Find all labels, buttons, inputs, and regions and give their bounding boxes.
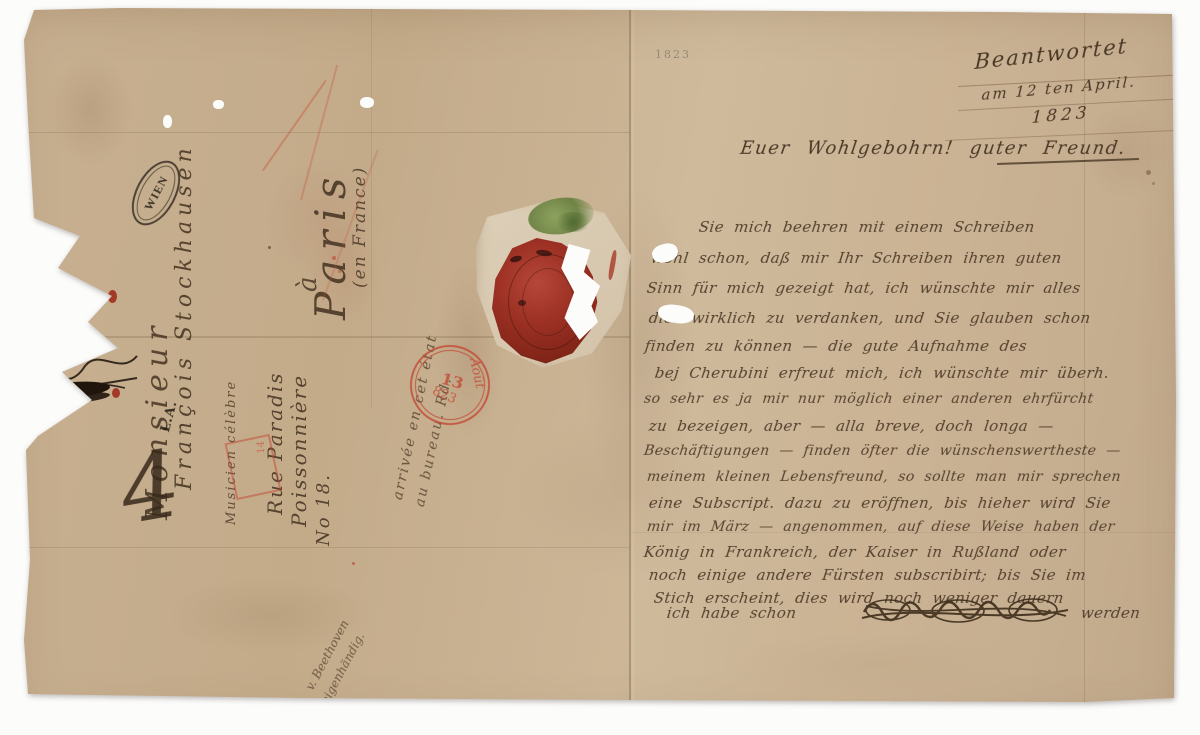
- wax-seal-ring: [508, 254, 588, 350]
- salutation-underline: [997, 158, 1139, 165]
- letter-line: zu bezeigen, aber — alla breve, doch lon…: [648, 417, 1055, 435]
- letter-line: dies wirklich zu verdanken, und Sie glau…: [648, 309, 1092, 327]
- postal-annotation-line1: arrivée en cet état: [390, 333, 441, 502]
- wien-stamp-inner-ring: WIEN: [129, 159, 184, 226]
- letter-last-line-start: ich habe schon: [666, 604, 798, 622]
- wax-seal-speck: [518, 300, 526, 306]
- address-city: Paris: [306, 169, 355, 320]
- stain: [1060, 80, 1190, 220]
- paper-shadow-wrap: Monsieur François Stockhausen Musicien c…: [0, 0, 1200, 735]
- transit-stamp: 14: [224, 434, 281, 500]
- wien-stamp: WIEN: [122, 153, 190, 234]
- address-country: (en France): [350, 166, 370, 288]
- red-crayon-stroke: [262, 80, 327, 171]
- letter-line: mir im März — angenommen, auf diese Weis…: [646, 519, 1116, 535]
- letter-line: finden zu können — die gute Aufnahme des: [644, 337, 1028, 355]
- wax-seal: [492, 238, 604, 366]
- horizontal-fold: [22, 336, 630, 338]
- salutation: Euer Wohlgebohrn! guter Freund.: [739, 138, 1127, 159]
- ink-blot: [38, 380, 111, 400]
- red-crayon-stroke: [322, 150, 379, 301]
- ink-blot: [58, 390, 111, 404]
- letter-line: noch einige andere Fürsten subscribirt; …: [648, 566, 1087, 584]
- transit-stamp-label: 14: [256, 441, 267, 454]
- foxing-speck: [760, 600, 763, 603]
- arrival-postmark: Août 13 823: [401, 336, 500, 435]
- seal-green-residue: [556, 212, 590, 232]
- center-fold: [629, 8, 631, 702]
- letter-line: König in Frankreich, der Kaiser in Rußla…: [643, 543, 1067, 561]
- seal-torn-hole: [558, 244, 612, 344]
- stain: [420, 220, 520, 480]
- la-stamp: L.A.: [158, 399, 181, 434]
- letter-line: Sie mich beehren mit einem Schreiben: [698, 218, 1036, 236]
- letter-scan: Monsieur François Stockhausen Musicien c…: [0, 0, 1200, 735]
- foxing-speck: [1152, 182, 1155, 185]
- edge-nick: [360, 97, 374, 108]
- arrival-postmark-outer-ring: [401, 336, 500, 435]
- right-page-tone: [632, 8, 1176, 703]
- horizontal-fold: [22, 132, 630, 133]
- horizontal-fold: [22, 547, 630, 548]
- horizontal-fold: [632, 532, 1176, 533]
- stain: [470, 380, 770, 610]
- red-crayon-stroke: [300, 65, 338, 201]
- letter-line: bej Cherubini erfreut mich, ich wünschte…: [654, 364, 1111, 382]
- letter-line: Stich erscheint, dies wird noch weniger …: [653, 589, 1065, 607]
- letter-line: wohl schon, daß mir Ihr Schreiben ihren …: [650, 249, 1063, 267]
- address-street1: Rue Paradis: [263, 371, 287, 515]
- vertical-fold: [1084, 10, 1085, 702]
- stain: [560, 120, 720, 580]
- address-a: à: [293, 276, 323, 292]
- franking-mark: 4: [112, 430, 188, 546]
- docket-rule: [958, 74, 1183, 87]
- vertical-fold: [371, 8, 372, 408]
- wax-remnant: [108, 290, 117, 303]
- red-speck: [332, 256, 336, 260]
- stain: [240, 130, 410, 310]
- arrival-postmark-month: Août: [466, 357, 487, 390]
- paper-hole: [650, 241, 680, 265]
- docket-line2: am 12 ten April.: [981, 72, 1136, 104]
- docket-rule: [958, 98, 1188, 111]
- red-speck: [352, 562, 355, 565]
- foxing-speck: [1146, 170, 1151, 175]
- seal-paper-patch: [470, 196, 641, 376]
- arrival-postmark-day: 13: [439, 369, 466, 393]
- ink-speck: [268, 246, 271, 249]
- scribble-redaction: [858, 590, 1073, 626]
- letter-line: Beschäftigungen — finden öfter die wünsc…: [643, 443, 1122, 459]
- wax-remnant: [112, 388, 120, 398]
- address-name: François Stockhausen: [172, 143, 197, 490]
- stain: [30, 30, 150, 190]
- red-speck: [338, 270, 341, 273]
- arrival-postmark-year: 823: [430, 383, 459, 407]
- address-street2: Poissonnière: [287, 374, 311, 527]
- wax-seal-ring: [522, 268, 574, 336]
- letter-line: eine Subscript. dazu zu eröffnen, bis hi…: [648, 494, 1112, 512]
- edge-nick: [213, 100, 224, 109]
- wien-stamp-label: WIEN: [141, 173, 172, 213]
- letter-line: Sinn für mich gezeigt hat, ich wünschte …: [646, 279, 1082, 297]
- paper-hole: [657, 303, 695, 326]
- stain: [120, 560, 420, 670]
- stain: [660, 620, 1080, 710]
- address-number: No 18.: [313, 473, 334, 546]
- edge-nick: [163, 115, 172, 128]
- letter-last-line-end: werden: [1080, 604, 1142, 622]
- letter-line: so sehr es ja mir nur möglich einer ande…: [643, 391, 1095, 407]
- stain: [290, 200, 400, 350]
- address-monsieur: Monsieur: [140, 319, 175, 520]
- collector-note-line2: eigenhändig.: [318, 630, 367, 706]
- wax-streak: [607, 250, 617, 280]
- pencil-year: 1823: [655, 48, 691, 61]
- letter-paper: Monsieur François Stockhausen Musicien c…: [0, 0, 1200, 735]
- seal-green-residue: [526, 194, 596, 239]
- scratched-out-writing: [25, 348, 145, 408]
- wax-seal-speck: [509, 255, 522, 264]
- letter-line: meinem kleinen Lebensfreund, so sollte m…: [646, 469, 1122, 485]
- postal-annotation-line2: au bureau. Rd.: [412, 375, 455, 508]
- collector-note-line1: v. Beethoven: [303, 618, 352, 693]
- docket-line3: 1823: [1031, 103, 1091, 128]
- docket-rule: [945, 129, 1190, 141]
- docket-line1: Beantwortet: [974, 34, 1128, 74]
- arrival-postmark-inner-ring: [407, 342, 494, 429]
- address-profession: Musicien célèbre: [224, 380, 239, 525]
- wax-seal-speck: [536, 249, 553, 257]
